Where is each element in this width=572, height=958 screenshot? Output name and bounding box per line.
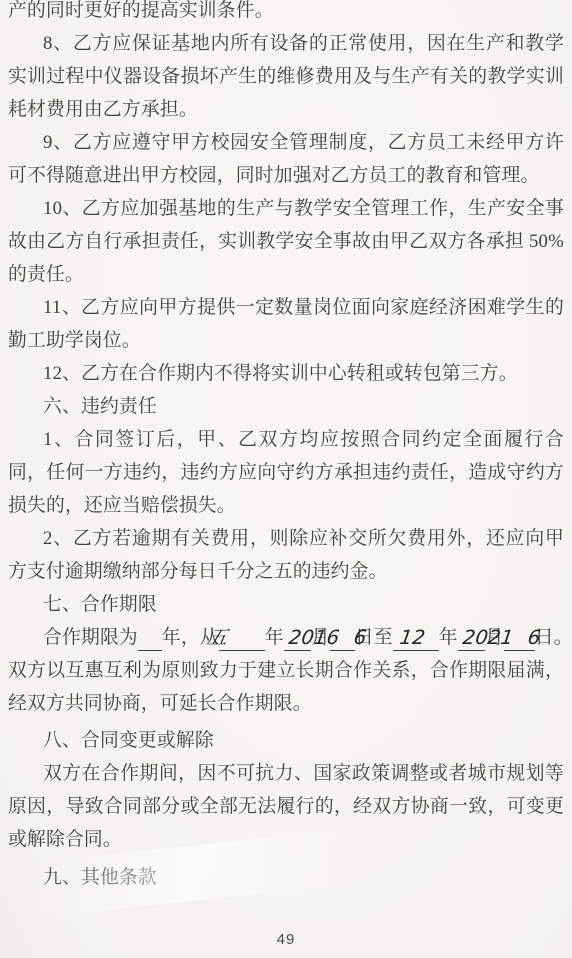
clause-12: 12、乙方在合作期内不得将实训中心转租或转包第三方。 [8, 357, 564, 390]
clause-liability-1: 1、合同签订后，甲、乙双方均应按照合同约定全面履行合同，任何一方违约，违约方应向… [8, 423, 564, 522]
handwritten-start-month: 6 [317, 625, 368, 651]
clause-9: 9、乙方应遵守甲方校园安全管理制度，乙方员工未经甲方许可不得随意进出甲方校园，同… [8, 126, 564, 192]
clause-modify-terminate: 双方在合作期间，因不可抗力、国家政策调整或者城市规划等原因，导致合同部分或全部无… [8, 757, 564, 856]
heading-section-8-modify-or-terminate: 八、合同变更或解除 [8, 724, 564, 757]
handwritten-term-years: 五 [171, 625, 229, 651]
clause-11: 11、乙方应向甲方提供一定数量岗位面向家庭经济困难学生的勤工助学岗位。 [8, 291, 564, 357]
heading-section-6-breach-liability: 六、违约责任 [8, 390, 564, 423]
paragraph-continuation: 产的同时更好的提高实训条件。 [8, 0, 564, 27]
contract-scan-page: 产的同时更好的提高实训条件。 8、乙方应保证基地内所有设备的正常使用，因在生产和… [0, 0, 572, 958]
page-number: 49 [0, 931, 572, 948]
term-line-with-handwritten-dates: 合作期限为五年，从2016年6月12日至2021年6月11日。 [8, 621, 564, 654]
handwritten-end-month: 6 [491, 625, 542, 651]
term-continuation: 双方以互惠互利为原则致力于建立长期合作关系，合作期限届满，经双方共同协商，可延长… [8, 654, 564, 720]
term-prefix: 合作期限为 [43, 627, 138, 648]
heading-section-7-cooperation-term: 七、合作期限 [8, 588, 564, 621]
clause-10: 10、乙方应加强基地的生产与教学安全管理工作，生产安全事故由乙方自行承担责任，实… [8, 192, 564, 291]
clause-8: 8、乙方应保证基地内所有设备的正常使用，因在生产和教学实训过程中仪器设备损坏产生… [8, 27, 564, 126]
heading-section-9-other-terms: 九、其他条款 [8, 861, 564, 894]
contract-body: 产的同时更好的提高实训条件。 8、乙方应保证基地内所有设备的正常使用，因在生产和… [0, 0, 572, 894]
blank-term-years: 五 [138, 624, 162, 651]
clause-liability-2: 2、乙方若逾期有关费用，则除应补交所欠费用外，还应向甲方支付逾期缴纳部分每日千分… [8, 522, 564, 588]
handwritten-start-day: 12 [363, 625, 427, 651]
handwritten-end-day: 11 [537, 625, 572, 651]
